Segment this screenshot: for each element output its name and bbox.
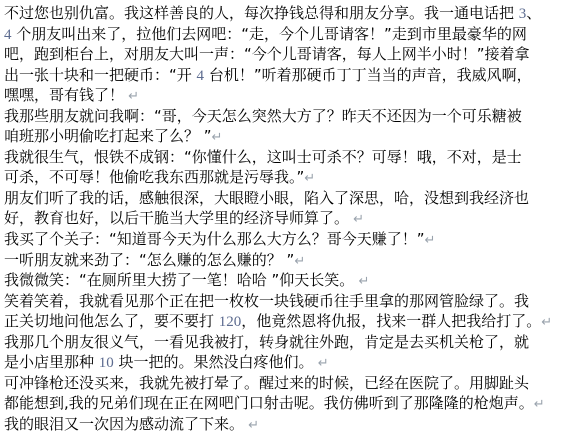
text-line: 都能想到,我的兄弟们现在正在网吧门口射击呢。我仿佛听到了那隆隆的枪炮声。↵: [4, 393, 561, 414]
text-line: 我买了个关子：“知道哥今天为什么那么大方么？哥今天赚了！”↵: [4, 229, 561, 250]
text-segment: 我就很生气，恨铁不成钢：“你懂什么，这叫士可杀不？可辱！哦，不对，是士: [4, 148, 522, 166]
text-segment: 我那几个朋友很义气，一看见我被打，转身就往外跑，肯定是去买机关枪了，就: [4, 333, 529, 351]
text-line: 好，教育也好，以后干脆当大学里的经济导师算了。 ↵: [4, 208, 561, 229]
paragraph-mark-icon: ↵: [534, 397, 545, 412]
text-segment: 好，教育也好，以后干脆当大学里的经济导师算了。: [4, 209, 349, 227]
text-segment: 是小店里那种: [4, 353, 99, 371]
text-line: 嘿嘿，哥有钱了！ ↵: [4, 85, 561, 106]
text-segment: 朋友们听了我的话，感触很深，大眼瞪小眼，陷入了深思，哈，没想到我经济也: [4, 189, 529, 207]
text-segment: 块一把的。果然没白疼他们。: [114, 353, 314, 371]
document-text: 不过您也别仇富。我这样善良的人，每次挣钱总得和朋友分享。我一通电话把 3、4 个…: [4, 3, 561, 434]
text-line: 可杀，不可辱！他偷吃我东西那就是污辱我。”↵: [4, 167, 561, 188]
text-line: 我的眼泪又一次因为感动流了下来。 ↵: [4, 414, 561, 435]
text-segment: 不过您也别仇富。我这样善良的人，每次挣钱总得和朋友分享。我一通电话把: [4, 4, 519, 22]
text-segment: 个朋友叫出来了，拉他们去网吧：“走，今个儿哥请客！”走到市里最豪华的网: [12, 25, 527, 43]
text-line: 是小店里那种 10 块一把的。果然没白疼他们。 ↵: [4, 352, 561, 373]
text-segment: 、: [526, 4, 541, 22]
text-segment: 台机！”听着那硬币丁丁当当的声音，我威风啊，: [204, 66, 532, 84]
text-segment: 我那些朋友就问我啊：“哥，今天怎么突然大方了？昨天不还因为一个可乐糖被: [4, 107, 522, 125]
text-line: 我那几个朋友很义气，一看见我被打，转身就往外跑，肯定是去买机关枪了，就: [4, 332, 561, 353]
inline-number: 4: [197, 68, 205, 84]
text-line: 一听朋友就来劲了：“怎么赚的怎么赚的？ ”↵: [4, 250, 561, 271]
paragraph-mark-icon: ↵: [124, 89, 139, 104]
text-line: 可冲锋枪还没买来，我就先被打晕了。醒过来的时候，已经在医院了。用脚趾头: [4, 373, 561, 394]
text-segment: 出一张十块和一把硬币：“开: [4, 66, 197, 84]
paragraph-mark-icon: ↵: [354, 274, 369, 289]
paragraph-mark-icon: ↵: [425, 233, 436, 248]
text-segment: 吧，跑到柜台上，对朋友大叫一声：“今个儿哥请客，每人上网半小时！”接着拿: [4, 45, 530, 63]
inline-number: 10: [99, 355, 114, 371]
inline-number: 120: [219, 314, 242, 330]
text-segment: 都能想到,我的兄弟们现在正在网吧门口射击呢。我仿佛听到了那隆隆的枪炮声。: [4, 394, 534, 412]
paragraph-mark-icon: ↵: [212, 130, 223, 145]
paragraph-mark-icon: ↵: [349, 212, 364, 227]
text-line: 朋友们听了我的话，感触很深，大眼瞪小眼，陷入了深思，哈，没想到我经济也: [4, 188, 561, 209]
text-line: 我微微笑：“在厕所里大捞了一笔！哈哈 ”仰天长笑。 ↵: [4, 270, 561, 291]
paragraph-mark-icon: ↵: [314, 356, 329, 371]
text-line: 不过您也别仇富。我这样善良的人，每次挣钱总得和朋友分享。我一通电话把 3、: [4, 3, 561, 24]
text-line: 4 个朋友叫出来了，拉他们去网吧：“走，今个儿哥请客！”走到市里最豪华的网: [4, 24, 561, 45]
text-segment: 我的眼泪又一次因为感动流了下来。: [4, 415, 244, 433]
text-line: 出一张十块和一把硬币：“开 4 台机！”听着那硬币丁丁当当的声音，我威风啊，: [4, 65, 561, 86]
text-segment: 我微微笑：“在厕所里大捞了一笔！哈哈 ”仰天长笑。: [4, 271, 354, 289]
text-segment: 笑着笑着，我就看见那个正在把一枚枚一块钱硬币往手里拿的那网管脸绿了。我: [4, 292, 529, 310]
inline-number: 4: [4, 27, 12, 43]
paragraph-mark-icon: ↵: [541, 315, 552, 330]
paragraph-mark-icon: ↵: [244, 418, 259, 433]
text-segment: 可杀，不可辱！他偷吃我东西那就是污辱我。”: [4, 168, 304, 186]
text-segment: 正关切地问他怎么了，要不要打: [4, 312, 219, 330]
text-segment: 我买了个关子：“知道哥今天为什么那么大方么？哥今天赚了！”: [4, 230, 425, 248]
text-line: 正关切地问他怎么了，要不要打 120，他竟然恩将仇报，找来一群人把我给打了。↵: [4, 311, 561, 332]
text-segment: 嘿嘿，哥有钱了！: [4, 86, 124, 104]
document-page: 不过您也别仇富。我这样善良的人，每次挣钱总得和朋友分享。我一通电话把 3、4 个…: [0, 0, 561, 435]
text-segment: 可冲锋枪还没买来，我就先被打晕了。醒过来的时候，已经在医院了。用脚趾头: [4, 374, 529, 392]
text-line: 笑着笑着，我就看见那个正在把一枚枚一块钱硬币往手里拿的那网管脸绿了。我: [4, 291, 561, 312]
paragraph-mark-icon: ↵: [304, 171, 315, 186]
paragraph-mark-icon: ↵: [294, 254, 305, 269]
text-segment: 一听朋友就来劲了：“怎么赚的怎么赚的？ ”: [4, 251, 294, 269]
text-line: 我就很生气，恨铁不成钢：“你懂什么，这叫士可杀不？可辱！哦，不对，是士: [4, 147, 561, 168]
text-line: 吧，跑到柜台上，对朋友大叫一声：“今个儿哥请客，每人上网半小时！”接着拿: [4, 44, 561, 65]
text-line: 我那些朋友就问我啊：“哥，今天怎么突然大方了？昨天不还因为一个可乐糖被: [4, 106, 561, 127]
text-segment: 咱班那小明偷吃打起来了么？ ”: [4, 127, 212, 145]
text-line: 咱班那小明偷吃打起来了么？ ”↵: [4, 126, 561, 147]
text-segment: ，他竟然恩将仇报，找来一群人把我给打了。: [241, 312, 541, 330]
